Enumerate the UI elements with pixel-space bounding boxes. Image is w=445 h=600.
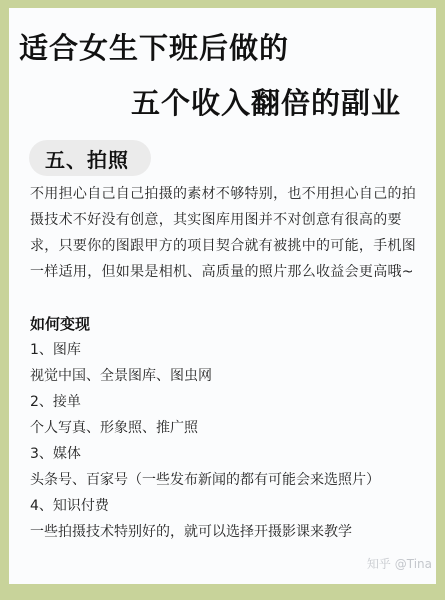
item-detail: 一些拍摄技术特别好的，就可以选择开摄影课来教学	[30, 519, 420, 545]
item-detail: 个人写真、形象照、推广照	[30, 415, 420, 441]
title-line-1: 适合女生下班后做的	[19, 26, 289, 67]
item-title: 1、图库	[30, 337, 420, 363]
monetize-heading: 如何变现	[30, 311, 420, 337]
spacer	[30, 285, 420, 311]
section-body: 不用担心自己自己拍摄的素材不够特别，也不用担心自己的拍摄技术不好没有创意，其实图…	[30, 181, 420, 545]
item-title: 4、知识付费	[30, 493, 420, 519]
item-title: 3、媒体	[30, 441, 420, 467]
intro-paragraph: 不用担心自己自己拍摄的素材不够特别，也不用担心自己的拍摄技术不好没有创意，其实图…	[30, 181, 420, 285]
section-heading-pill: 五、拍照	[29, 140, 151, 176]
watermark: 知乎 @Tina	[367, 555, 432, 572]
title-line-2: 五个收入翻倍的副业	[131, 81, 401, 122]
content-card: 适合女生下班后做的 五个收入翻倍的副业 五、拍照 不用担心自己自己拍摄的素材不够…	[9, 8, 436, 584]
item-title: 2、接单	[30, 389, 420, 415]
item-detail: 头条号、百家号（一些发布新闻的都有可能会来选照片）	[30, 467, 420, 493]
item-detail: 视觉中国、全景图库、图虫网	[30, 363, 420, 389]
